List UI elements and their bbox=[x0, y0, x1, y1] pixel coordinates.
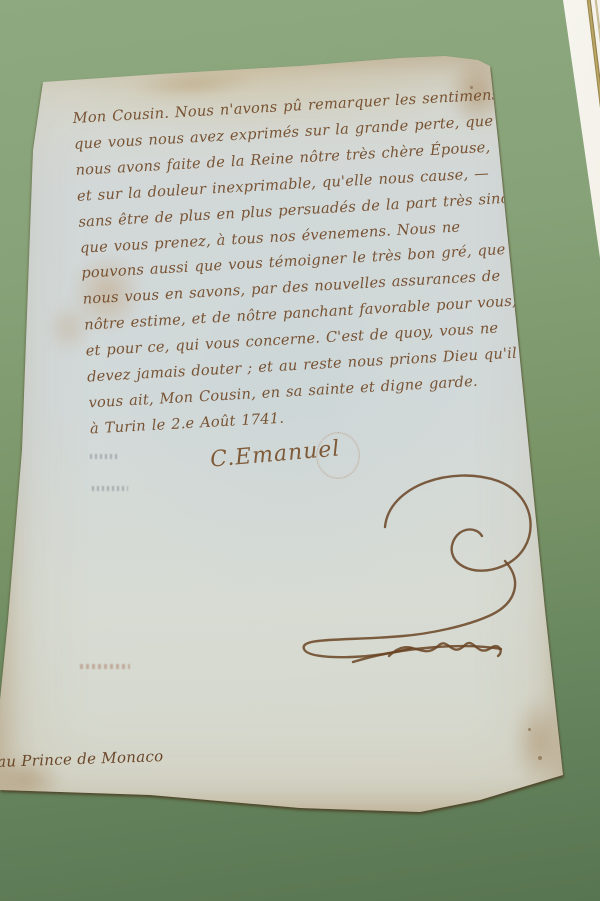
ink-speck bbox=[528, 728, 531, 731]
ink-speck bbox=[538, 756, 542, 760]
paper-shadow: Mon Cousin. Nous n'avons pû remarquer le… bbox=[0, 0, 600, 901]
docket-recipient: au Prince de Monaco bbox=[0, 747, 164, 771]
pencil-mark bbox=[90, 454, 118, 459]
signature-paraph-flourish bbox=[285, 465, 575, 725]
pencil-mark bbox=[92, 486, 128, 491]
faint-red-mark bbox=[80, 664, 130, 669]
letter-paper: Mon Cousin. Nous n'avons pû remarquer le… bbox=[0, 56, 563, 812]
photograph-of-letter: Mon Cousin. Nous n'avons pû remarquer le… bbox=[0, 0, 600, 901]
letter-body: Mon Cousin. Nous n'avons pû remarquer le… bbox=[72, 81, 534, 442]
